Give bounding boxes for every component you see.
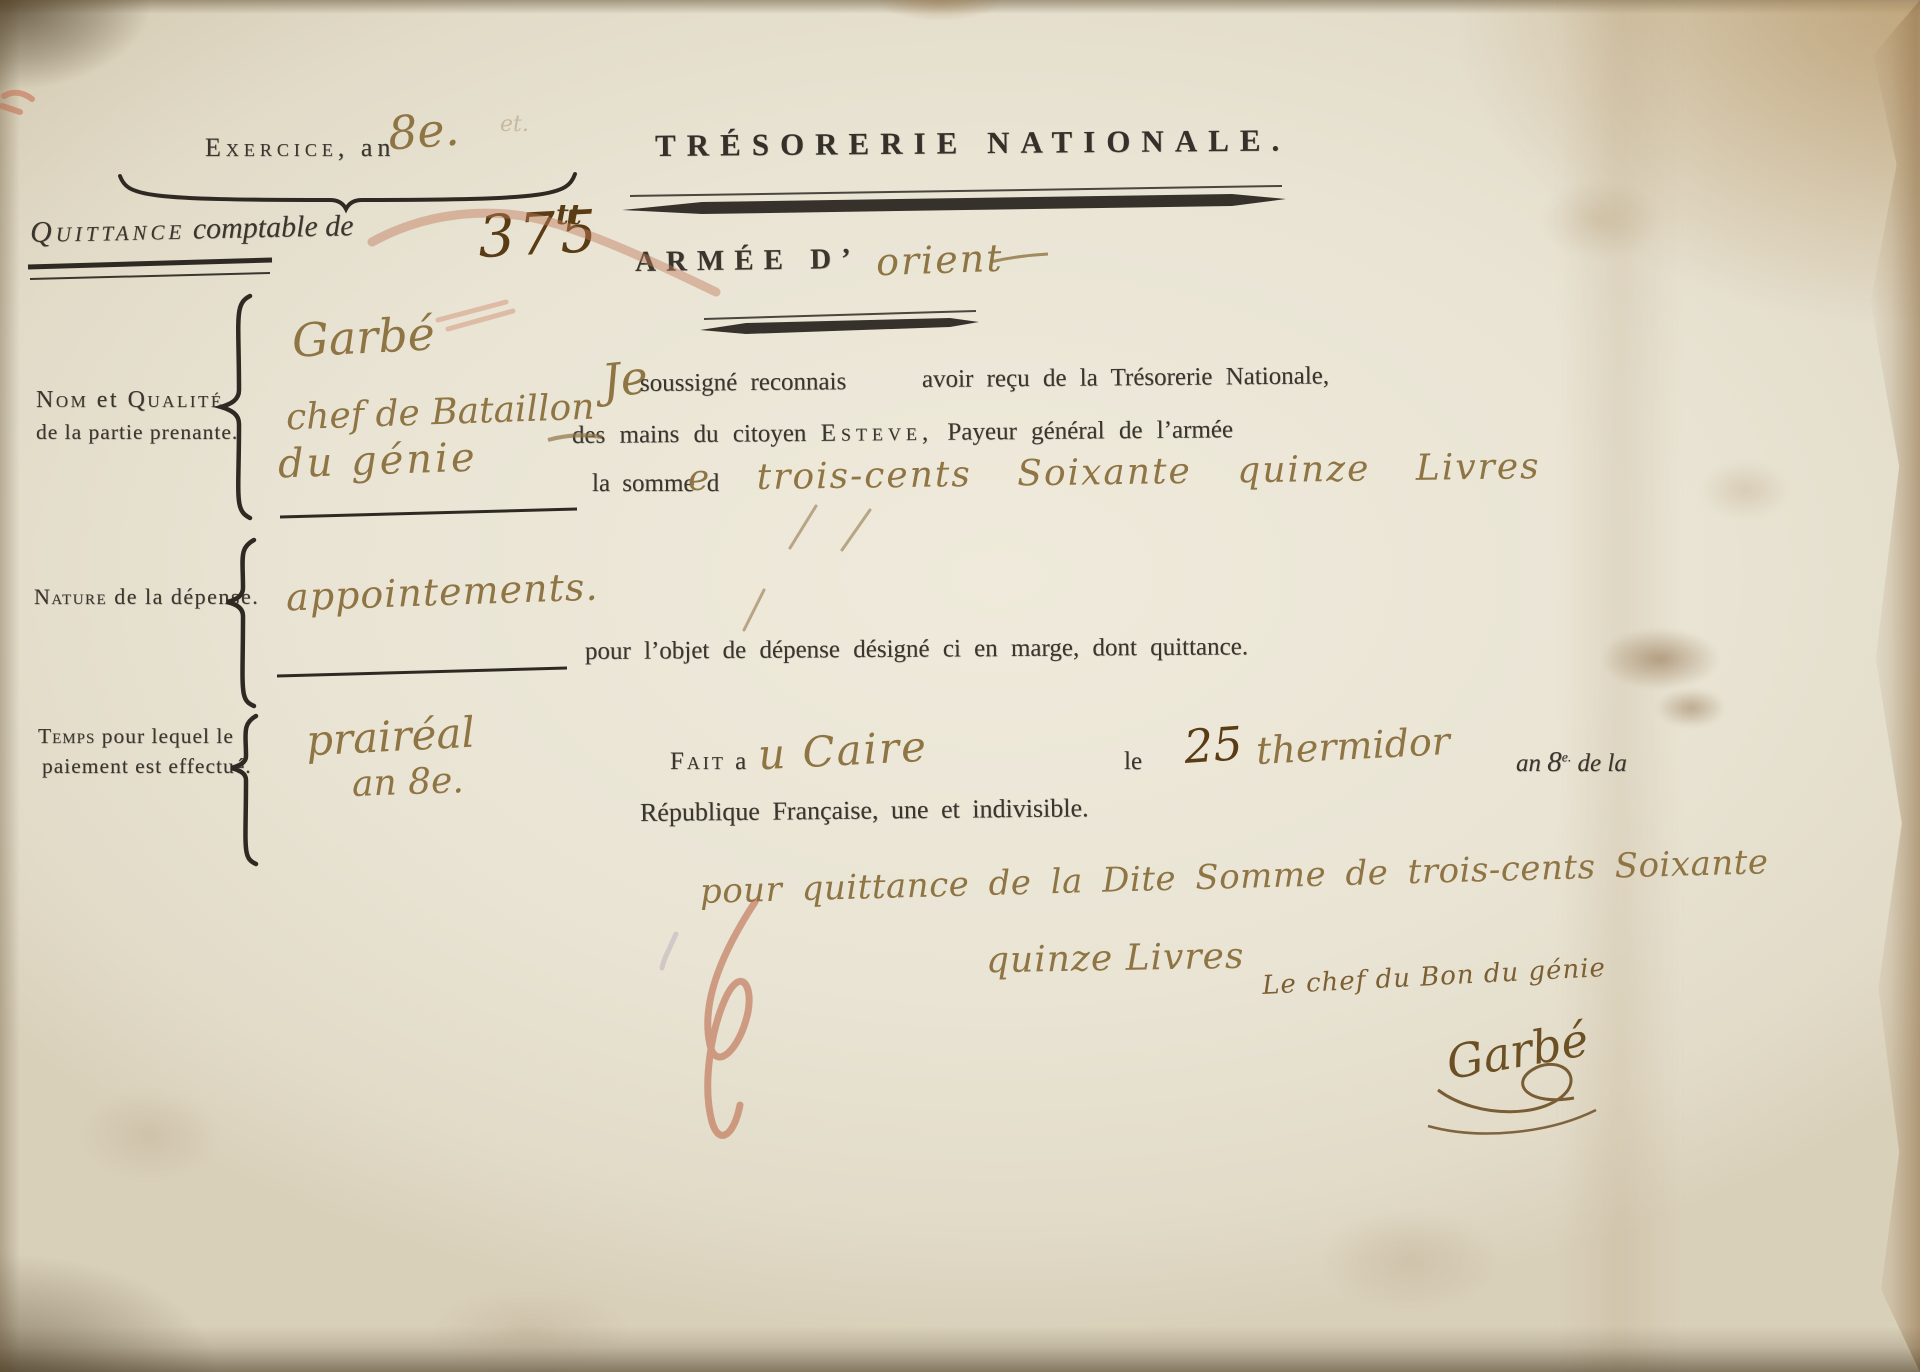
document-scan: Exercice, an 8e. et. Quittance comptable… (0, 0, 1920, 1372)
body-republique: République Française, une et indivisible… (640, 793, 1089, 828)
quittance-amount-suffix: tt (556, 198, 582, 231)
payment-period-handwritten: prairéal (305, 708, 476, 766)
fait-rest: a (726, 748, 749, 775)
label-nom-mid: et (88, 387, 127, 413)
quittance-label-caps: Quittance (30, 213, 186, 249)
fait-place-handwritten: u Caire (757, 722, 929, 780)
body-avoir-recu: avoir reçu de la Trésorerie Nationale, (922, 362, 1329, 394)
label-temps-rest: pour lequel le (95, 724, 234, 748)
paper-sheet (0, 0, 1920, 1372)
label-qualite-caps: Qualité (128, 387, 224, 413)
an-word: an (1516, 750, 1541, 777)
exercice-ghost-mark: et. (500, 112, 529, 137)
margin-label-temps-line2: paiement est effectué. (42, 754, 252, 779)
an-value: 8 (1547, 746, 1562, 778)
margin-label-nom: Nom et Qualité (36, 387, 224, 414)
margin-label-nom-line2: de la partie prenante. (36, 420, 238, 445)
des-mains-pre: des mains du citoyen (572, 420, 821, 449)
label-nature-rest: de la dépense. (107, 584, 259, 609)
label-nature-caps: Nature (34, 584, 107, 609)
exercice-label: Exercice, an (205, 133, 395, 163)
an-label: an 8e. de la (1516, 746, 1627, 779)
le-label: le (1124, 748, 1142, 776)
footer-quittance-line2-handwritten: quinze Livres (986, 936, 1245, 982)
body-des-mains: des mains du citoyen Esteve, Payeur géné… (572, 416, 1233, 450)
payee-name-handwritten: Garbé (291, 306, 436, 367)
payment-period-year-handwritten: an 8e. (351, 760, 464, 805)
date-day-handwritten: 25 (1182, 716, 1244, 774)
margin-label-nature: Nature de la dépense. (34, 584, 259, 610)
exercice-year-handwritten: 8e. (386, 102, 461, 161)
fait-label: Fait a (670, 748, 749, 776)
exercice-label-caps: Exercice, (205, 133, 349, 162)
label-temps-caps: Temps (38, 724, 95, 748)
army-label: ARMÉE D’ (635, 243, 861, 279)
payee-title2-handwritten: du génie (277, 435, 478, 488)
esteve-name: Esteve, (821, 419, 934, 447)
fait-caps: Fait (670, 748, 726, 775)
quittance-label-rest: comptable de (185, 209, 354, 246)
quittance-amount-handwritten: 375 (476, 197, 602, 271)
army-value-handwritten: orient (875, 236, 1004, 284)
label-nom-caps: Nom (36, 387, 88, 413)
document-title: TRÉSORERIE NATIONALE. (655, 122, 1291, 164)
body-objet: pour l’objet de dépense désigné ci en ma… (585, 633, 1248, 666)
body-soussigne: soussigné reconnais (640, 368, 847, 398)
de-la-word: de la (1578, 750, 1627, 777)
quittance-label: Quittance comptable de (30, 209, 354, 250)
an-sup: e. (1562, 750, 1572, 765)
des-mains-post: Payeur général de l’armée (933, 416, 1233, 446)
margin-label-temps: Temps pour lequel le (38, 724, 234, 749)
